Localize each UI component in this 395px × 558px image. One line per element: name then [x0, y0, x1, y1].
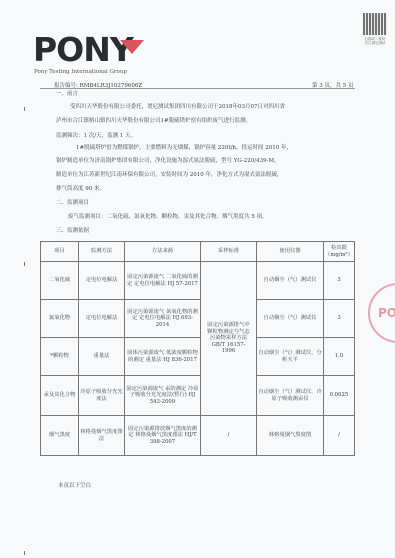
- table-row: 汞及其化合物 冷原子吸收分光光度法 固定污染源废气 汞的测定 冷原子吸收分光光度…: [41, 376, 355, 416]
- logo-subtitle: Pony Testing International Group: [34, 69, 127, 75]
- boiler-desc-line: 锅炉制造单位为济南锅炉集团有限公司，净化设施为湿式氨法脱硫，型号 YG-220/…: [56, 158, 280, 165]
- header-instrument: 使用仪器: [257, 242, 324, 262]
- header-source: 方法来源: [125, 242, 201, 262]
- monitoring-basis-table: 项目 监测方法 方法来源 采样标准 使用仪器 检出限（mg/m³） 二氧化硫 定…: [40, 241, 355, 456]
- qr-code-icon: [363, 13, 387, 35]
- cell-limit: 0.0025: [324, 376, 355, 416]
- cell-item: 烟气黑度: [41, 416, 79, 456]
- cell-source: 固定污染源废气 二氧化硫的测定 定电位电解法 HJ 57-2017: [125, 262, 201, 300]
- table-row: *颗粒物 重量法 固体污染源废气 低浓度颗粒物的测定 重量法 HJ 836-20…: [41, 338, 355, 376]
- boiler-desc-line: 制造单位为江苏新世纪江南环保有限公司，安装时间为 2010 年，净化方式为湿式氨…: [56, 172, 283, 179]
- table-row: 氮氧化物 定电位电解法 固定污染源废气 氮氧化物的测定 定电位电解法 HJ 69…: [41, 300, 355, 338]
- preface-para-line: 受四川天华股份有限公司委托，谱尼测试集团四川有限公司于2018年03月07日对四…: [70, 104, 285, 111]
- cell-item: *颗粒物: [41, 338, 79, 376]
- header-item: 项目: [41, 242, 79, 262]
- preface-para-line: 泸州市合江镇榕山镇四川天华股份有限公司1#脱硫塔炉窑有组织废气进行监测。: [56, 118, 251, 125]
- blank-below-note: 本页以下空白: [58, 483, 91, 490]
- preface-title: 一、前言: [56, 91, 78, 98]
- margin-mark: [24, 551, 25, 555]
- cell-limit: 3: [324, 262, 355, 300]
- official-stamp: PONY: [368, 283, 395, 343]
- cell-item: 汞及其化合物: [41, 376, 79, 416]
- basis-title: 三、监测依据: [56, 228, 89, 235]
- cell-item: 氮氧化物: [41, 300, 79, 338]
- items-title: 二、监测项目: [56, 200, 89, 207]
- cell-method: 冷原子吸收分光光度法: [79, 376, 125, 416]
- cell-instrument: 林格曼烟气黑度图: [257, 416, 324, 456]
- table-header-row: 项目 监测方法 方法来源 采样标准 使用仪器 检出限（mg/m³）: [41, 242, 355, 262]
- cell-source: 固体污染源废气 低浓度颗粒物的测定 重量法 HJ 836-2017: [125, 338, 201, 376]
- logo-triangle-icon: [120, 40, 144, 54]
- cell-method: 定电位电解法: [79, 262, 125, 300]
- header-limit: 检出限（mg/m³）: [324, 242, 355, 262]
- boiler-desc-line: 排气筒高度 90 米。: [56, 186, 105, 193]
- header-sampling: 采样标准: [201, 242, 257, 262]
- cell-sampling-shared: 固定污染源排气中颗粒物测定与气态污染物采样方法 GB/T 16157-1996: [201, 262, 257, 416]
- cell-instrument: 自动烟尘（气）测试仪: [257, 262, 324, 300]
- qr-caption: 扫描或二维码 关注谱尼测试: [363, 37, 387, 45]
- cell-source: 固定污染源废气 氮氧化物的测定 定电位电解法 HJ 693-2014: [125, 300, 201, 338]
- cell-sampling: /: [201, 416, 257, 456]
- cell-limit: 3: [324, 300, 355, 338]
- header-method: 监测方法: [79, 242, 125, 262]
- monitoring-frequency: 监测频次：1 次/天，监测 1 天。: [56, 133, 136, 140]
- header-limit-label: 检出限: [331, 245, 347, 251]
- cell-source: 固定污染源排放烟气黑度的测定 林格曼烟气黑度图法 HJ/T 398-2007: [125, 416, 201, 456]
- cell-instrument: 自动烟尘（气）测试仪: [257, 300, 324, 338]
- cell-item: 二氧化硫: [41, 262, 79, 300]
- cell-instrument: 自动烟尘（气）测试仪、冷原子吸收测汞仪: [257, 376, 324, 416]
- cell-method: 定电位电解法: [79, 300, 125, 338]
- items-text: 废气监测项目：二氧化硫、氮氧化物、颗粒物、汞及其化合物、烟气黑度共 5 项。: [68, 214, 268, 221]
- cell-limit: 1.0: [324, 338, 355, 376]
- cell-method: 林格曼烟气黑度图法: [79, 416, 125, 456]
- table-row: 二氧化硫 定电位电解法 固定污染源废气 二氧化硫的测定 定电位电解法 HJ 57…: [41, 262, 355, 300]
- header-divider: [40, 88, 355, 89]
- margin-mark: [24, 107, 25, 111]
- cell-method: 重量法: [79, 338, 125, 376]
- margin-mark: [24, 262, 25, 266]
- header-limit-unit: （mg/m³）: [325, 252, 353, 258]
- boiler-desc-line: 1#脱硫塔炉窑为燃煤锅炉，主要燃料为无烟煤，锅炉容量 220t/h，投运时间 2…: [76, 145, 292, 152]
- cell-source: 固定污染源废气 汞的测定 冷原子吸收分光光度法(暂行) HJ 543-2009: [125, 376, 201, 416]
- cell-instrument: 自动烟尘（气）测试仪、分析天平: [257, 338, 324, 376]
- table-row: 烟气黑度 林格曼烟气黑度图法 固定污染源排放烟气黑度的测定 林格曼烟气黑度图法 …: [41, 416, 355, 456]
- cell-limit: /: [324, 416, 355, 456]
